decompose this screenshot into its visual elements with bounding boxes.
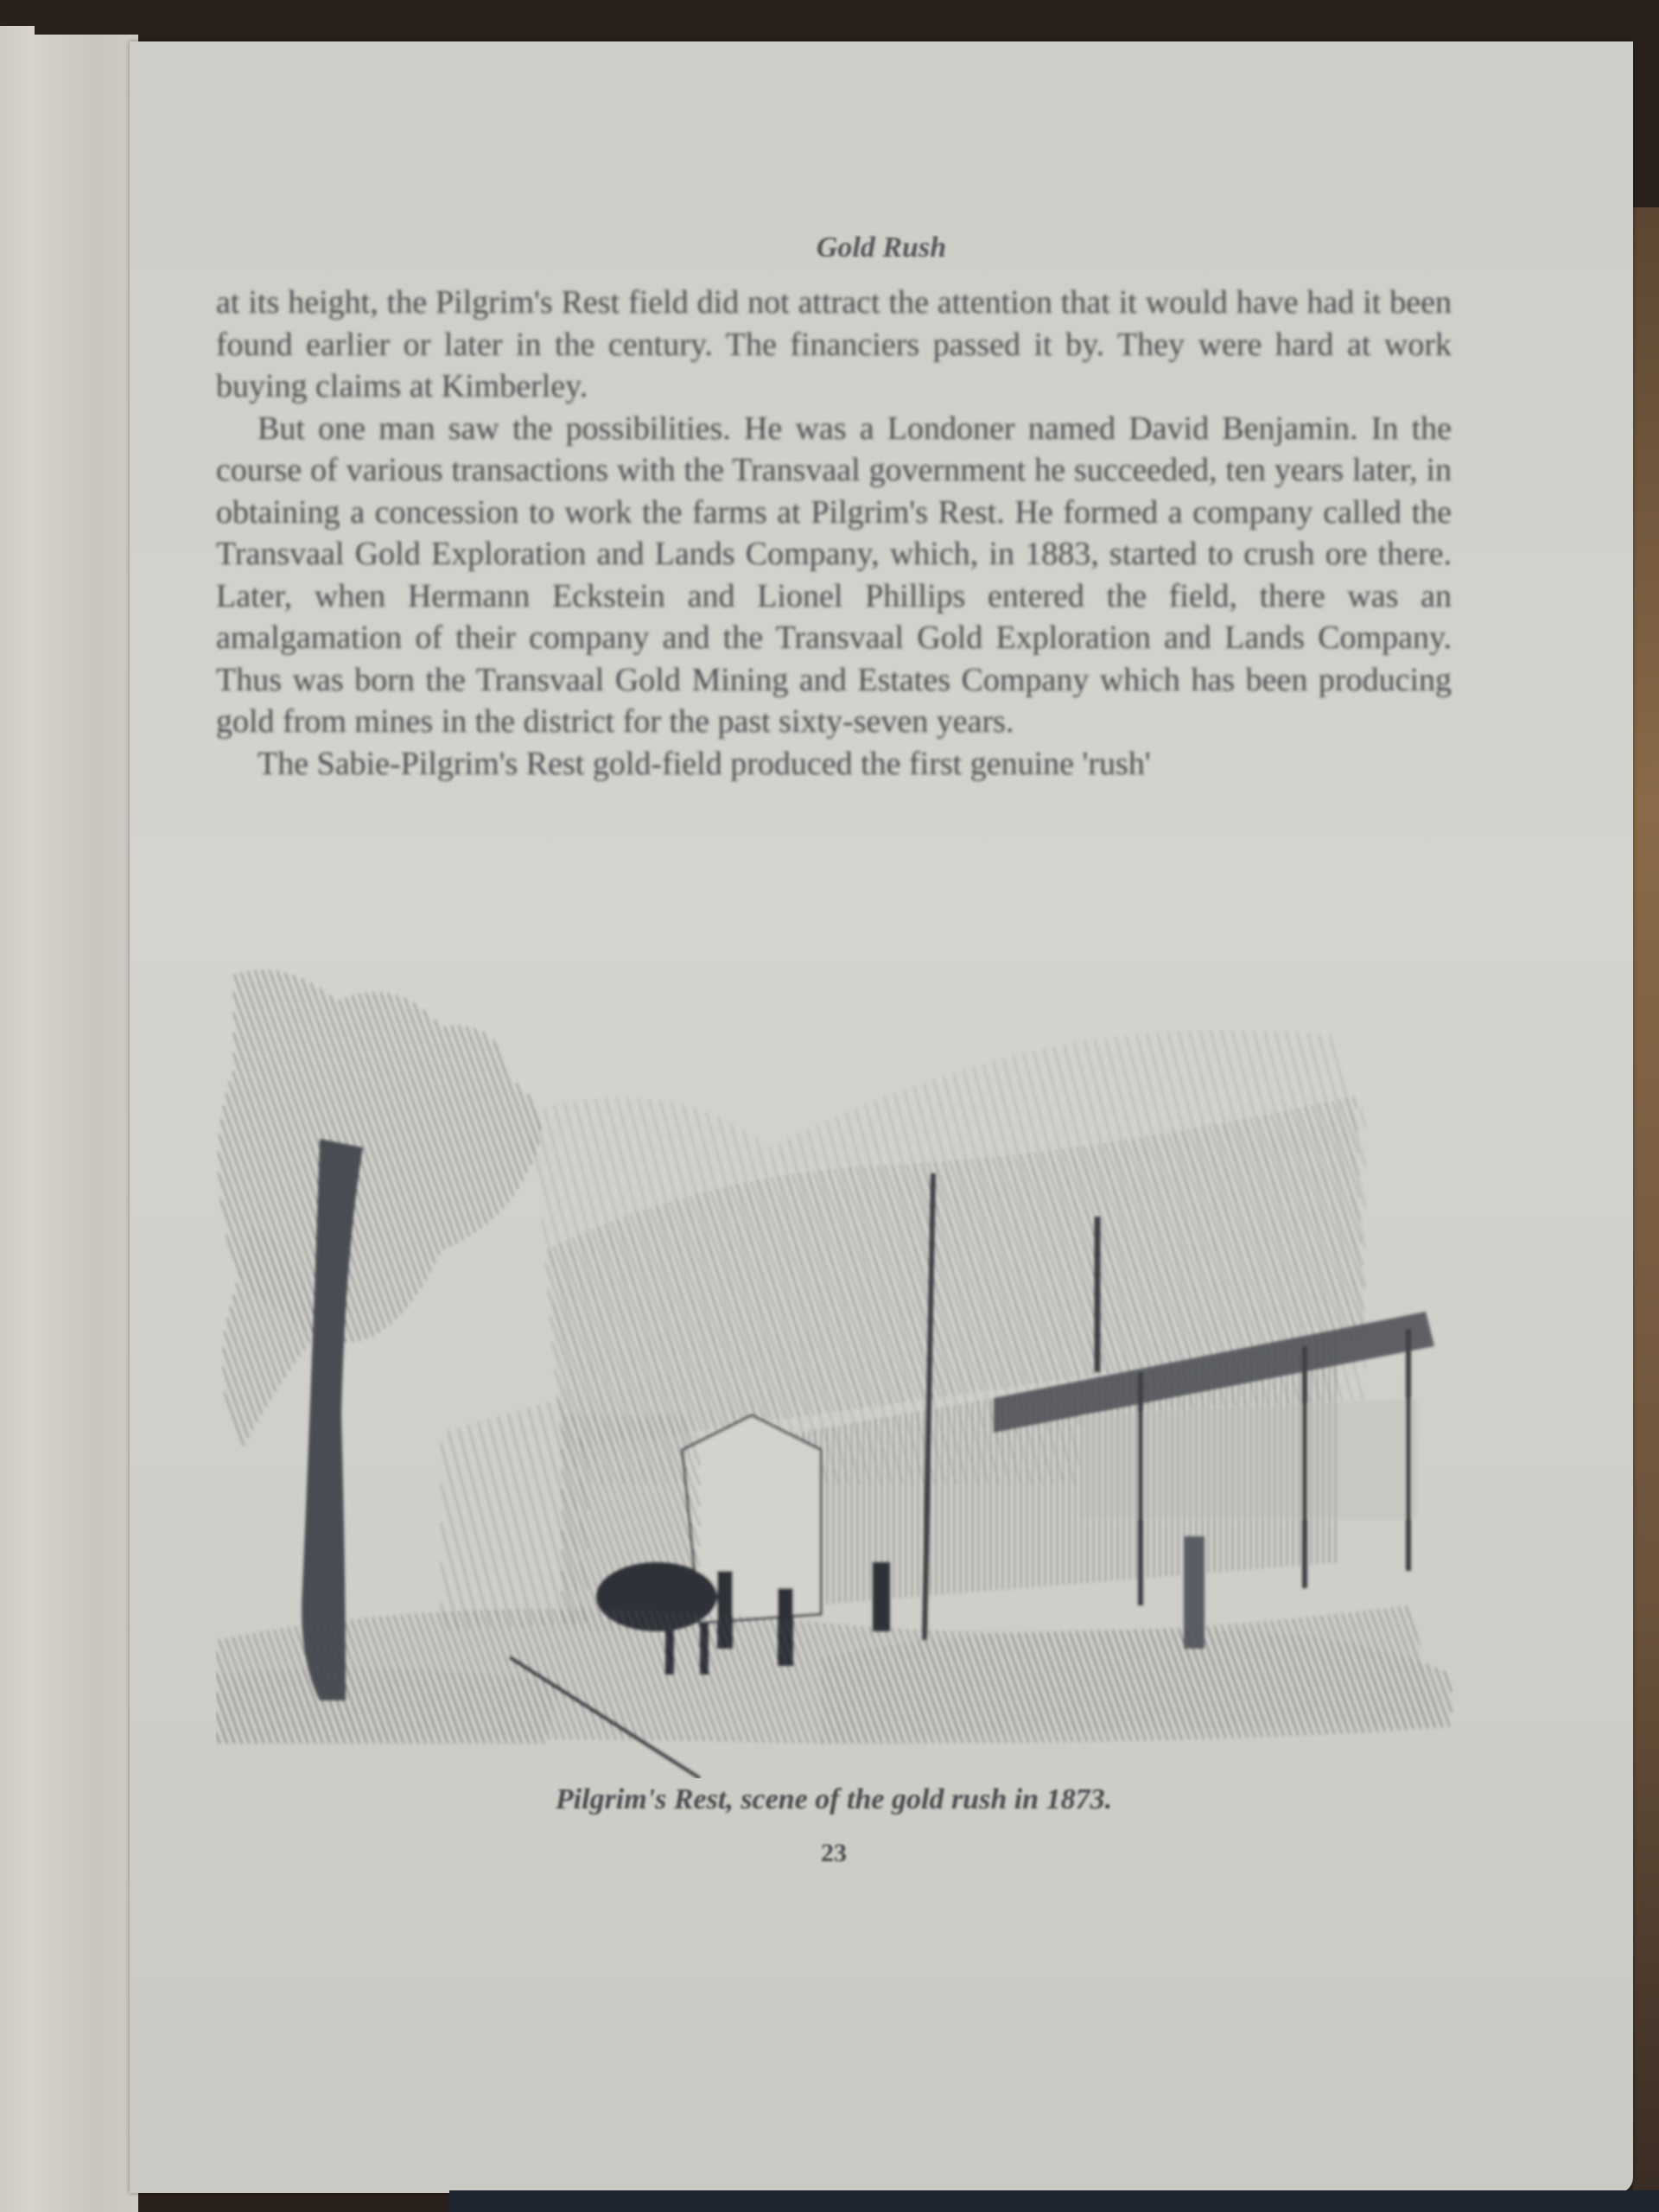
illustration-caption: Pilgrim's Rest, scene of the gold rush i…	[216, 1783, 1452, 1816]
running-head: Gold Rush	[130, 232, 1633, 264]
paragraph: The Sabie-Pilgrim's Rest gold-field prod…	[216, 743, 1452, 785]
paragraph-continued: at its height, the Pilgrim's Rest field …	[216, 282, 1452, 408]
book-gutter	[35, 35, 138, 2212]
illustration-pilgrims-rest	[216, 966, 1460, 1778]
body-text: at its height, the Pilgrim's Rest field …	[216, 282, 1452, 785]
book-page: Gold Rush at its height, the Pilgrim's R…	[130, 41, 1633, 2193]
bottom-backdrop	[449, 2190, 1659, 2212]
facing-page-edge	[0, 26, 35, 2212]
table-background	[1633, 207, 1659, 2195]
sketch-image	[216, 966, 1460, 1778]
paragraph: But one man saw the possibilities. He wa…	[216, 408, 1452, 743]
page-number: 23	[216, 1839, 1452, 1868]
